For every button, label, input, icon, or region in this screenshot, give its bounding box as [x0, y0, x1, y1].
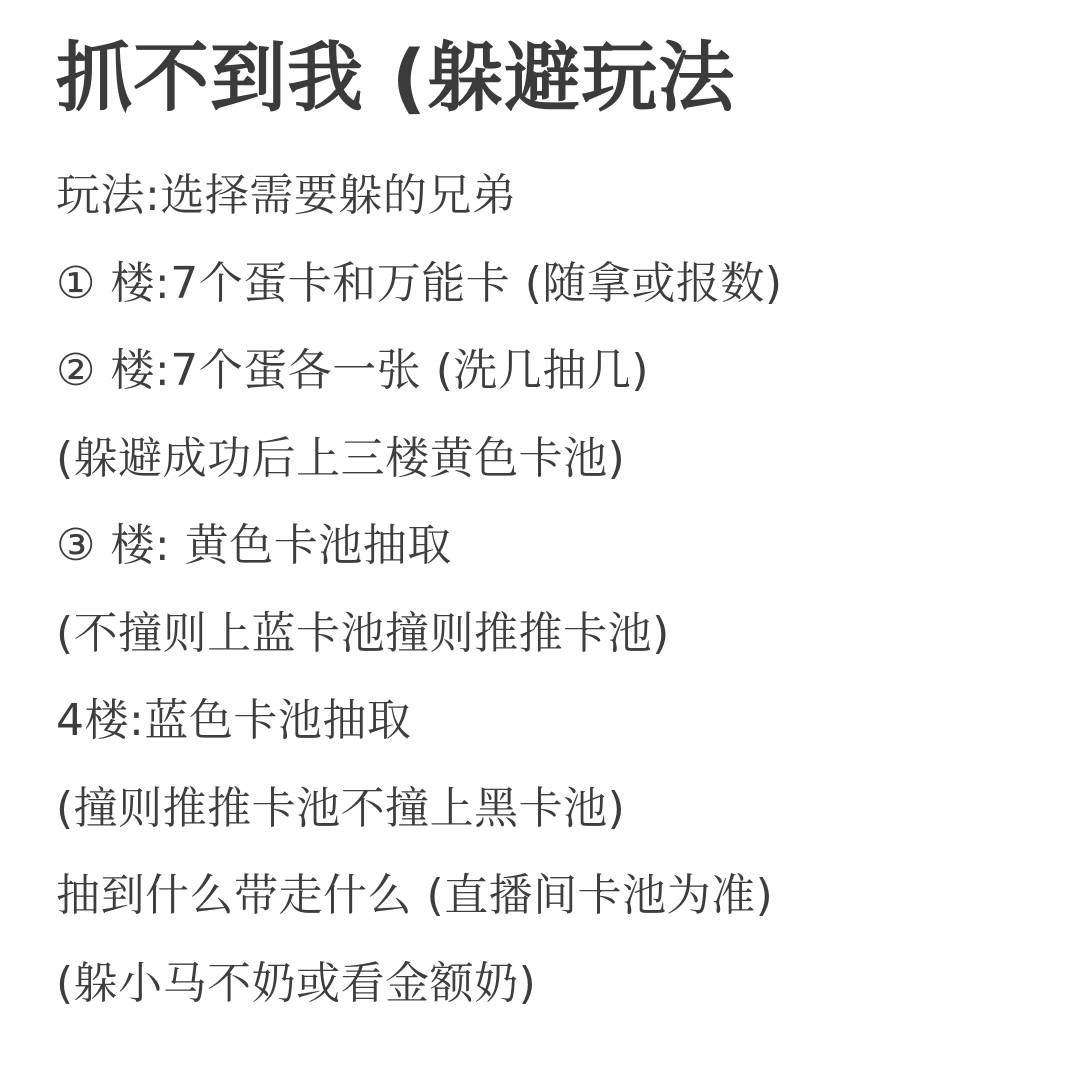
floor-1-rule: ① 楼:7个蛋卡和万能卡 (随拿或报数) — [56, 240, 1060, 328]
document: 抓不到我 (躲避玩法 玩法:选择需要躲的兄弟 ① 楼:7个蛋卡和万能卡 (随拿或… — [56, 28, 1060, 1027]
floor-4-note: (撞则推推卡池不撞上黑卡池) — [56, 765, 1060, 853]
floor-3-note: (不撞则上蓝卡池撞则推推卡池) — [56, 590, 1060, 678]
floor-4-rule: 4楼:蓝色卡池抽取 — [56, 677, 1060, 765]
extra-note: (躲小马不奶或看金额奶) — [56, 940, 1060, 1028]
floor-2-rule: ② 楼:7个蛋各一张 (洗几抽几) — [56, 327, 1060, 415]
floor-2-note: (躲避成功后上三楼黄色卡池) — [56, 415, 1060, 503]
page-title: 抓不到我 (躲避玩法 — [56, 28, 1060, 128]
prize-rule: 抽到什么带走什么 (直播间卡池为准) — [56, 852, 1060, 940]
rules-list: 玩法:选择需要躲的兄弟 ① 楼:7个蛋卡和万能卡 (随拿或报数) ② 楼:7个蛋… — [56, 152, 1060, 1027]
rules-intro: 玩法:选择需要躲的兄弟 — [56, 152, 1060, 240]
floor-3-rule: ③ 楼: 黄色卡池抽取 — [56, 502, 1060, 590]
